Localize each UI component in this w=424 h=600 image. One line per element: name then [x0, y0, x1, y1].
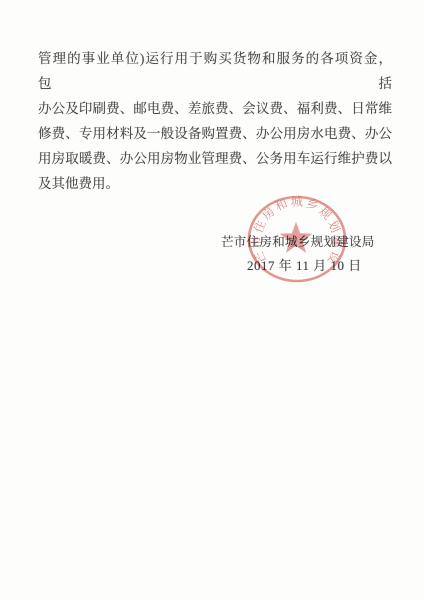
signature-date: 2017 年 11 月 10 日	[247, 255, 362, 274]
paragraph-line-4: 用房取暖费、办公用房物业管理费、公务用车运行维护费以	[38, 146, 392, 171]
signature-agency-name: 芒市住房和城乡规划建设局	[221, 232, 366, 250]
paragraph-line-5: 及其他费用。	[38, 171, 392, 196]
paragraph-line-3: 修费、专用材料及一般设备购置费、办公用房水电费、办公	[38, 121, 392, 146]
paragraph-line-1: 管理的事业单位)运行用于购买货物和服务的各项资金，包括	[38, 46, 392, 96]
body-paragraph: 管理的事业单位)运行用于购买货物和服务的各项资金，包括 办公及印刷费、邮电费、差…	[38, 46, 392, 196]
document-page: 管理的事业单位)运行用于购买货物和服务的各项资金，包括 办公及印刷费、邮电费、差…	[0, 0, 424, 600]
paragraph-line-2: 办公及印刷费、邮电费、差旅费、会议费、福利费、日常维	[38, 96, 392, 121]
